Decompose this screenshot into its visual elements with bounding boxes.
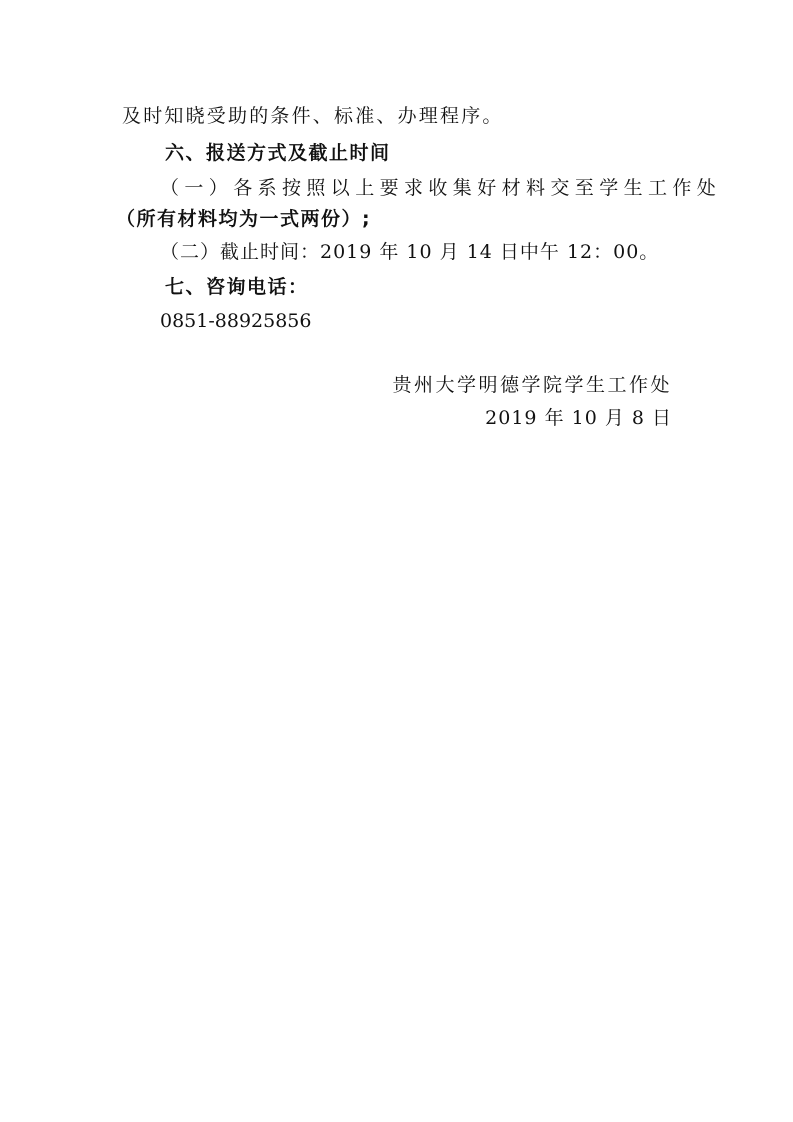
contact-phone: 0851-88925856	[160, 309, 311, 333]
signature-organization: 贵州大学明德学院学生工作处	[392, 373, 672, 397]
continuation-text: 及时知晓受助的条件、标准、办理程序。	[122, 104, 504, 128]
document-page: 及时知晓受助的条件、标准、办理程序。 六、报送方式及截止时间 （一）各系按照以上…	[0, 0, 793, 1122]
section-heading-submission: 六、报送方式及截止时间	[165, 141, 391, 165]
item-1-text: （一）各系按照以上要求收集好材料交至学生工作处	[160, 176, 721, 200]
section-heading-contact: 七、咨询电话：	[165, 275, 309, 299]
item-2-deadline: （二）截止时间：2019 年 10 月 14 日中午 12：00。	[160, 240, 659, 264]
item-1-text-continued: （所有材料均为一式两份）;	[116, 207, 371, 231]
signature-date: 2019 年 10 月 8 日	[485, 406, 672, 430]
